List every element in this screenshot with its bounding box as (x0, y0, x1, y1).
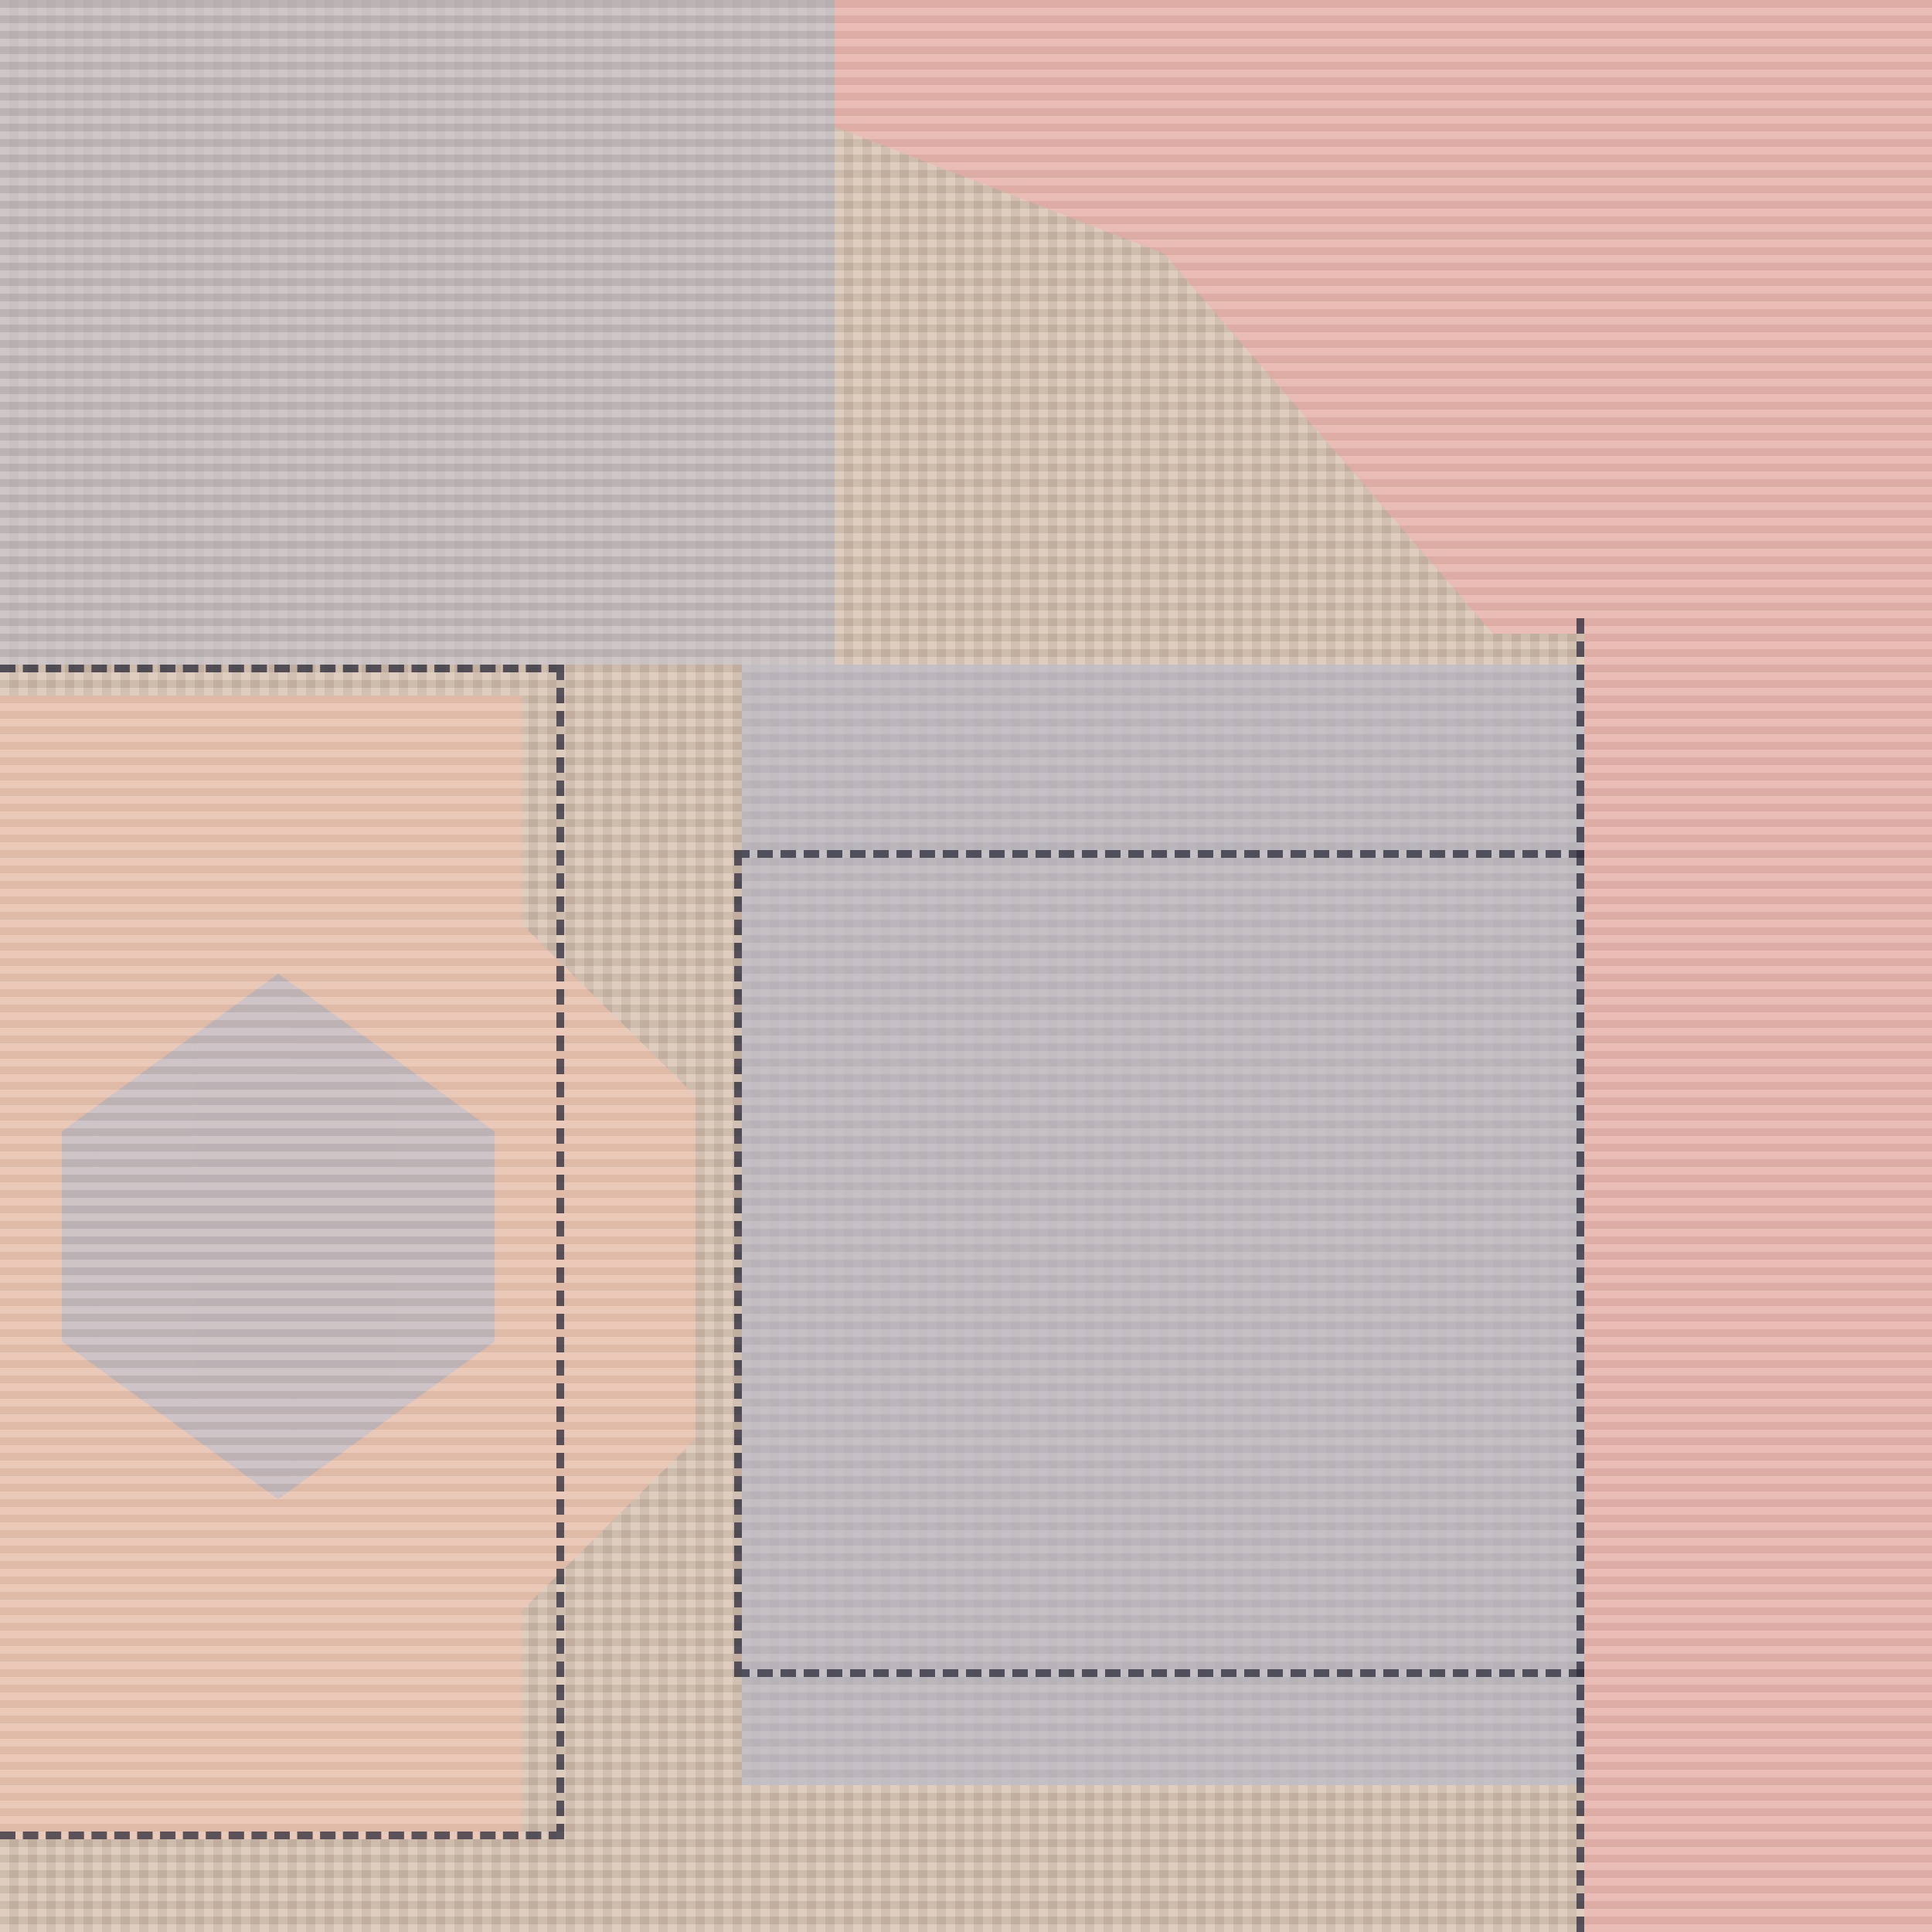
navy-border-line-right (1577, 618, 1584, 1932)
rug-texture-photo (0, 0, 1932, 1932)
blue-field-center (0, 0, 835, 665)
navy-border-line-left (0, 665, 564, 1839)
pink-border-right (1584, 634, 1932, 1932)
navy-border-line-center (734, 850, 1584, 1677)
pink-medallion-top-right (835, 0, 1932, 634)
